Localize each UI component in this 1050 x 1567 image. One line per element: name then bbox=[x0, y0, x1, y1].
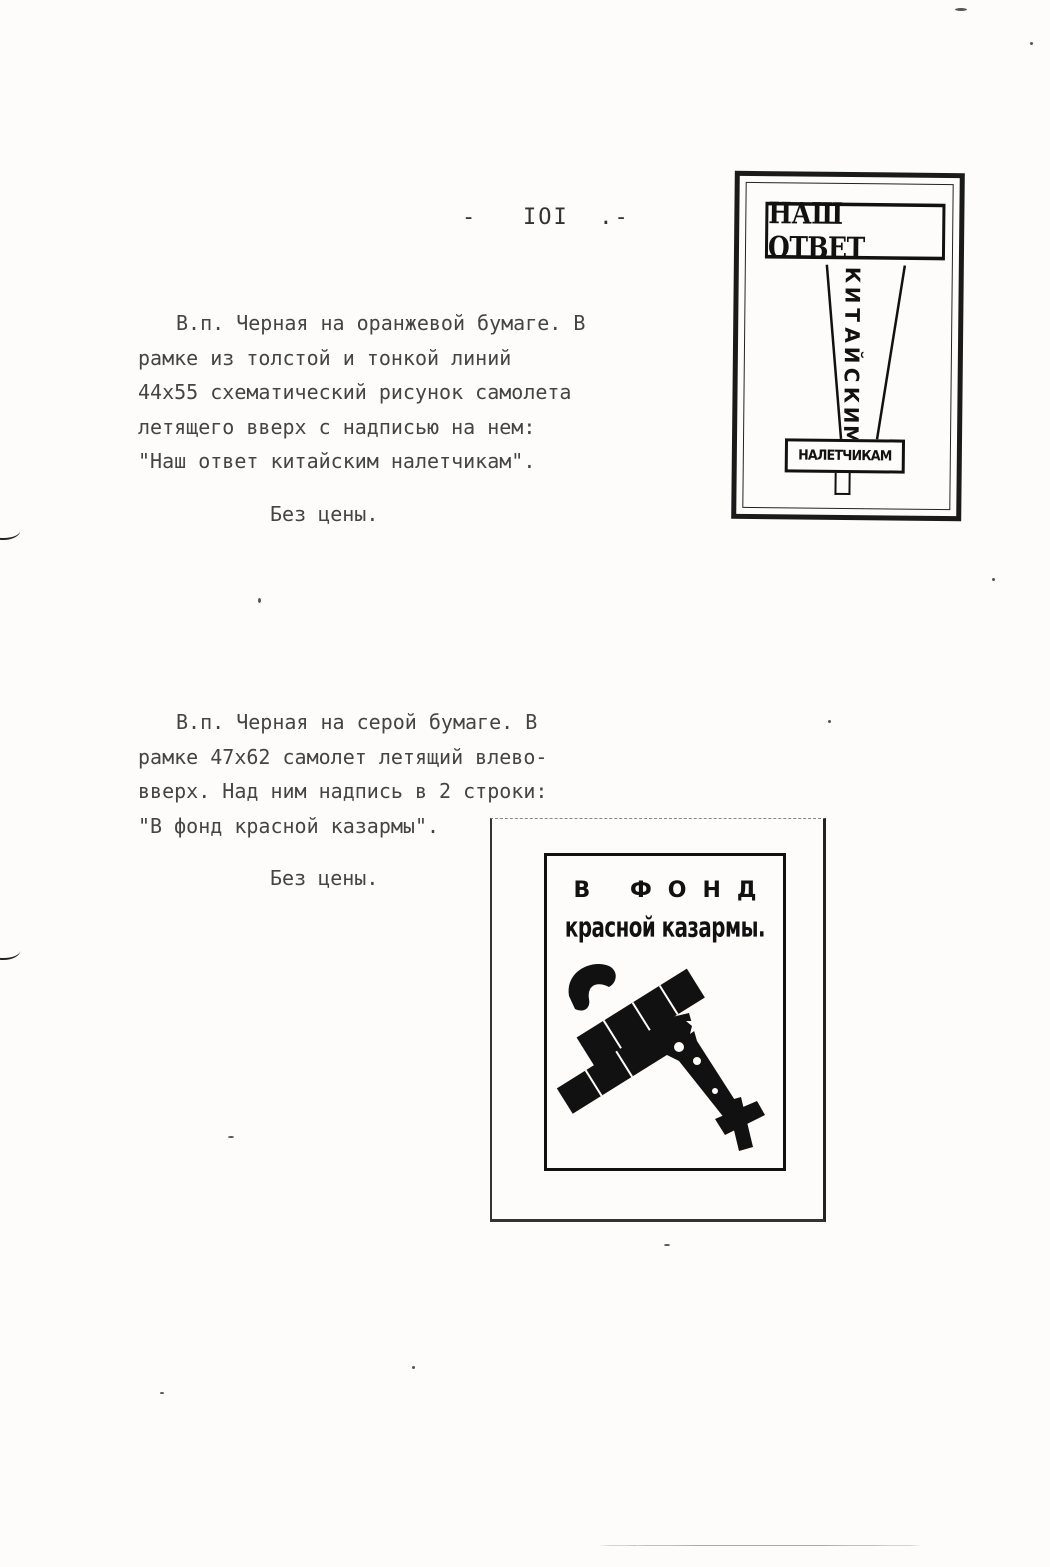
card-vertical-text: КИТАЙСКИМ bbox=[837, 265, 867, 445]
scan-speck bbox=[258, 598, 261, 603]
entry-text-line: "Наш ответ китайским налетчикам". bbox=[138, 444, 638, 479]
biplane-icon bbox=[547, 951, 783, 1166]
card-title: НАШ ОТВЕТ bbox=[765, 202, 946, 261]
page-number: - IOI .- bbox=[462, 205, 630, 230]
illustration-card-v-fond: В ФОНД красной казармы. bbox=[490, 818, 826, 1222]
scan-speck bbox=[228, 1136, 234, 1138]
scan-speck bbox=[664, 1244, 670, 1246]
scan-speck bbox=[1030, 42, 1033, 45]
card-inner-frame: В ФОНД красной казармы. bbox=[544, 853, 786, 1171]
scan-speck bbox=[160, 1392, 164, 1394]
entry-text-line: 44х55 схематический рисунок самолета bbox=[138, 375, 638, 410]
scan-edge-line bbox=[600, 1545, 920, 1546]
card-stem-graphic bbox=[834, 473, 850, 495]
scan-speck bbox=[828, 720, 831, 723]
scan-speck bbox=[955, 8, 967, 11]
card-title-line2: красной казармы. bbox=[547, 913, 783, 944]
entry-text-line: рамке 47х62 самолет летящий влево- bbox=[138, 740, 618, 775]
entry-text-line: летящего вверх с надписью на нем: bbox=[138, 410, 638, 445]
binder-hole-mark bbox=[0, 942, 20, 960]
binder-hole-mark bbox=[0, 522, 20, 540]
card-title-line1: В ФОНД bbox=[547, 878, 783, 903]
entry-text-line: рамке из толстой и тонкой линий bbox=[138, 341, 638, 376]
entry-text-line: В.п. Черная на серой бумаге. В bbox=[138, 705, 618, 740]
card-bottom-label: НАЛЕТЧИКАМ bbox=[785, 438, 905, 473]
scan-speck bbox=[992, 578, 995, 581]
entry-price: Без цены. bbox=[138, 497, 638, 532]
entry-text-line: В.п. Черная на оранжевой бумаге. В bbox=[138, 306, 638, 341]
entry-text-line: вверх. Над ним надпись в 2 строки: bbox=[138, 774, 618, 809]
scan-speck bbox=[412, 1366, 415, 1369]
illustration-card-nash-otvet: НАШ ОТВЕТ КИТАЙСКИМ НАЛЕТЧИКАМ bbox=[731, 171, 965, 521]
catalog-entry-1: В.п. Черная на оранжевой бумаге. В рамке… bbox=[138, 306, 638, 531]
